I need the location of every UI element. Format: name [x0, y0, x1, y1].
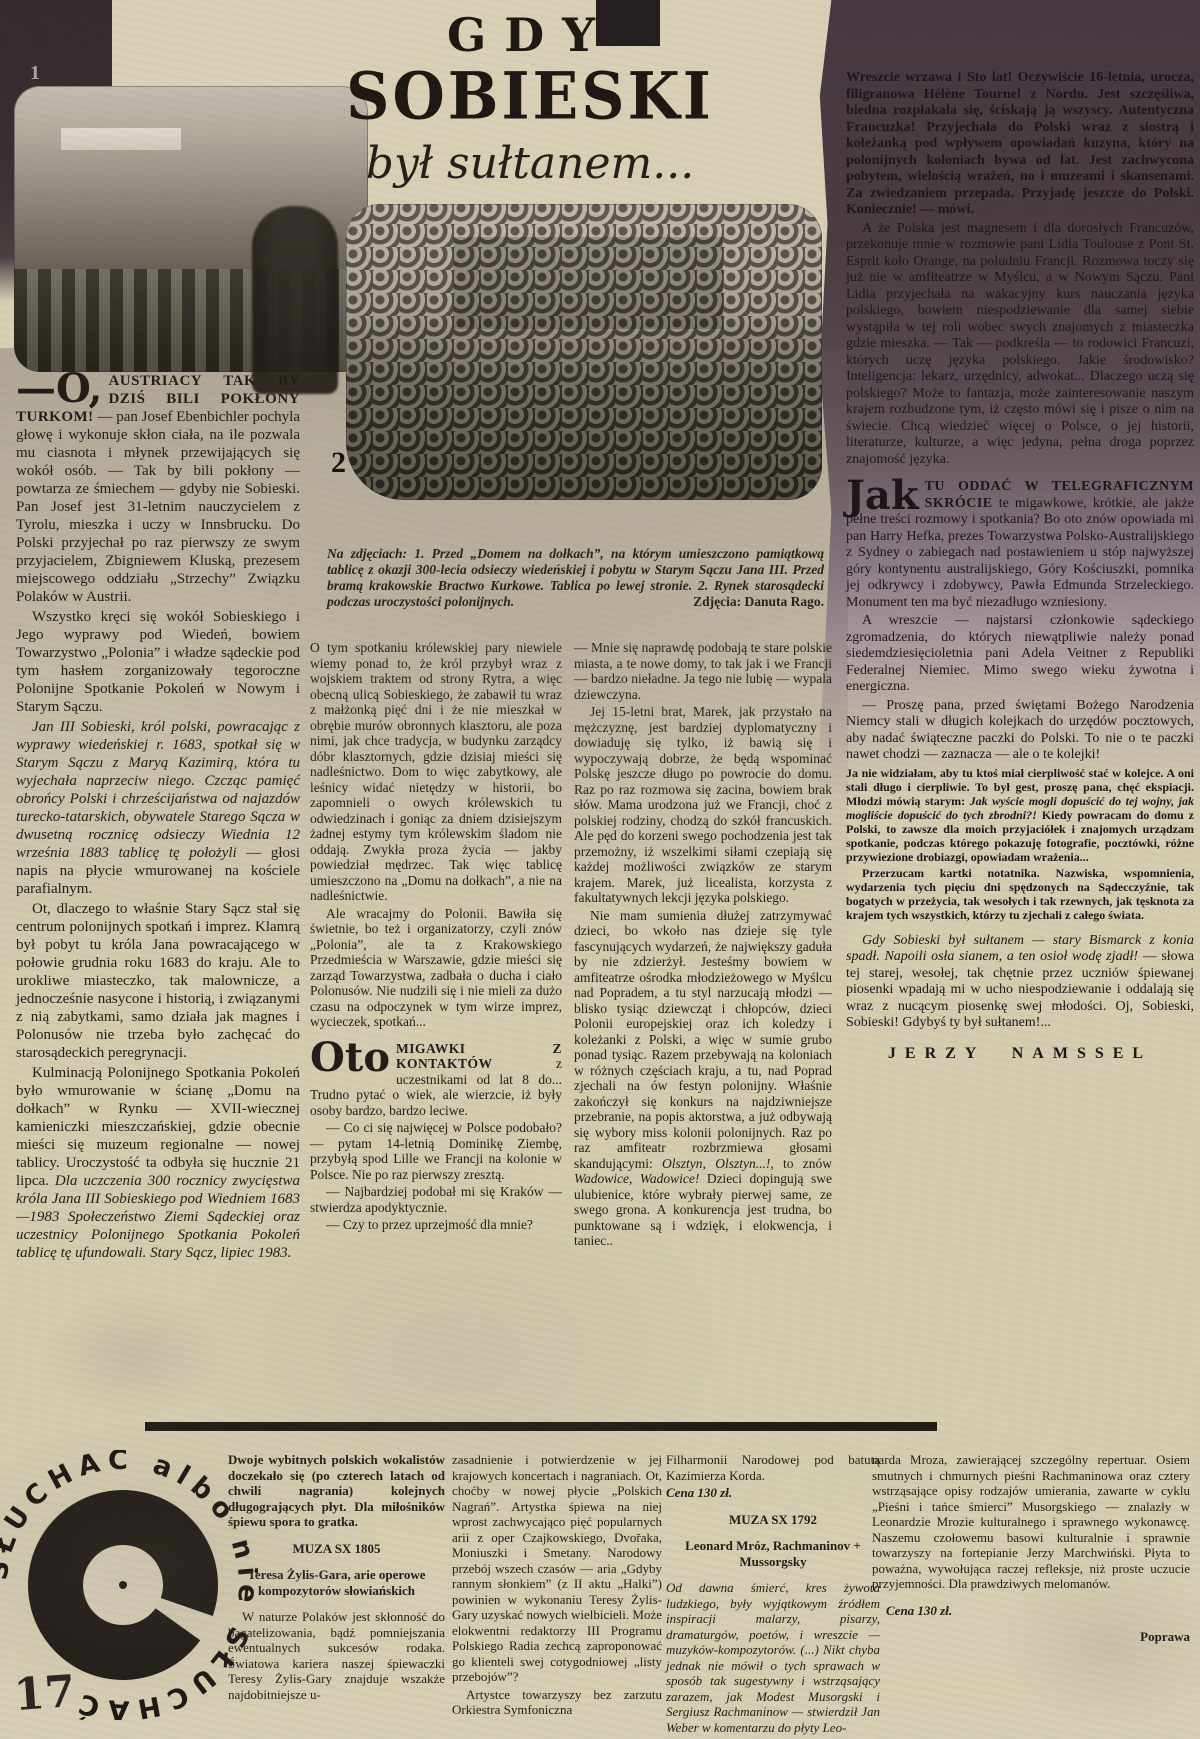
article-column-1: —O,AUSTRIACY TAK BY DZIŚ BILI POKŁONY TU…: [16, 372, 300, 1264]
paragraph-text: Wszystko kręci się wokół Sobieskiego i J…: [16, 609, 300, 715]
paragraph: Leonard Mróz, Rachmaninov + Mussorgsky: [666, 1538, 880, 1569]
photo-2-market-square-crowd: [346, 204, 822, 500]
paragraph-text: Filharmonii Narodowej pod batutą Kazimie…: [666, 1452, 880, 1483]
paragraph-lead-word: Jak: [846, 479, 925, 511]
photo-2-label: 2: [331, 446, 346, 480]
paragraph: Ot, dlaczego to właśnie Stary Sącz stał …: [16, 900, 300, 1062]
paragraph-text: Jan III Sobieski, król polski, powracają…: [16, 719, 300, 861]
paragraph-text: MUZA SX 1805: [292, 1541, 380, 1556]
article-column-2: O tym spotkaniu królewskiej pary niewiel…: [310, 640, 562, 1235]
paragraph: OtoMIGAWKI Z KONTAKTÓW z uczestnikami od…: [310, 1041, 562, 1119]
paragraph: Wszystko kręci się wokół Sobieskiego i J…: [16, 608, 300, 716]
paragraph: Artystce towarzyszy bez zarzutu Orkiestr…: [452, 1687, 662, 1718]
paragraph: Gdy Sobieski był sułtanem — stary Bismar…: [846, 933, 1194, 1032]
paragraph-text: W naturze Polaków jest skłonność do baga…: [228, 1609, 445, 1702]
paragraph: — Czy to przez uprzejmość dla mnie?: [310, 1217, 562, 1233]
paragraph: Jej 15-letni brat, Marek, jak przystało …: [574, 704, 832, 906]
paragraph-text: Nie mam sumienia dłużej zatrzymywać dzie…: [574, 908, 832, 1171]
paragraph: W naturze Polaków jest skłonność do baga…: [228, 1609, 445, 1702]
paragraph: zasadnienie i potwierdzenie w jej krajow…: [452, 1452, 662, 1685]
paragraph-text: , to znów: [770, 1156, 832, 1171]
paragraph: Cena 130 zł.: [666, 1485, 880, 1501]
article-title-line2: SOBIESKI: [330, 59, 730, 135]
paragraph-text: — Najbardziej podobał mi się Kraków — st…: [310, 1184, 562, 1215]
photo-1-label: 1: [30, 62, 40, 85]
article-title-line3: był sułtanem...: [350, 138, 710, 189]
paragraph: A że Polska jest magnesem i dla dorosłyc…: [846, 221, 1194, 469]
paragraph-text: Ot, dlaczego to właśnie Stary Sącz stał …: [16, 901, 300, 1061]
paragraph-lead-word: Oto: [310, 1041, 396, 1073]
paragraph: — Co ci się najwięcej w Polsce podobało?…: [310, 1120, 562, 1182]
photo-caption-block: Na zdjęciach: 1. Przed „Domem na dołkach…: [327, 546, 824, 610]
paragraph: narda Mroza, zawierającej szczególny rep…: [872, 1452, 1190, 1592]
paragraph-text: Przerzucam kartki notatnika. Nazwiska, w…: [846, 866, 1194, 922]
paragraph: Jan III Sobieski, król polski, powracają…: [16, 718, 300, 898]
paragraph: — Mnie się naprawdę podobają te stare po…: [574, 640, 832, 702]
paragraph-text: Teresa Żylis-Gara, arie operowe kompozyt…: [247, 1567, 425, 1598]
author-byline: JERZY NAMSSEL: [846, 1046, 1194, 1063]
paragraph: Nie mam sumienia dłużej zatrzymywać dzie…: [574, 908, 832, 1249]
paragraph: — Najbardziej podobał mi się Kraków — st…: [310, 1184, 562, 1215]
paragraph-text: O tym spotkaniu królewskiej pary niewiel…: [310, 640, 562, 903]
paragraph: Poprawa: [872, 1629, 1190, 1645]
paragraph-text: A wreszcie — najstarsi członkowie sądeck…: [846, 613, 1194, 694]
paragraph-text: Cena 130 zł.: [666, 1485, 732, 1500]
paragraph-text: Ale wracajmy do Polonii. Bawiła się świe…: [310, 906, 562, 1030]
records-column-c: Filharmonii Narodowej pod batutą Kazimie…: [666, 1452, 880, 1737]
records-column-a: Dwoje wybitnych polskich wokalistów docz…: [228, 1452, 445, 1704]
paragraph-text: Od dawna śmierć, kres żywota ludzkiego, …: [666, 1580, 880, 1735]
paragraph-text: — Czy to przez uprzejmość dla mnie?: [326, 1217, 533, 1232]
paragraph: —O,AUSTRIACY TAK BY DZIŚ BILI POKŁONY TU…: [16, 372, 300, 606]
paragraph-text: zasadnienie i potwierdzenie w jej krajow…: [452, 1452, 662, 1684]
paragraph: A wreszcie — najstarsi członkowie sądeck…: [846, 613, 1194, 696]
paragraph: — Proszę pana, przed świętami Bożego Nar…: [846, 698, 1194, 764]
newspaper-page: GDY SOBIESKI był sułtanem... 1 2 Na zdję…: [0, 0, 1200, 1739]
paragraph-text: Dla uczczenia 300 rocznicy zwycięstwa kr…: [16, 1173, 300, 1261]
paragraph-text: — Co ci się najwięcej w Polsce podobało?…: [310, 1120, 562, 1182]
paragraph: Przerzucam kartki notatnika. Nazwiska, w…: [846, 866, 1194, 922]
paragraph: Wreszcie wrzawa i Sto lat! Oczywiście 16…: [846, 70, 1194, 219]
paragraph: Teresa Żylis-Gara, arie operowe kompozyt…: [228, 1567, 445, 1598]
record-spindle-hole: [119, 1581, 127, 1589]
paragraph-text: te migawkowe, krótkie, ale jakże pełne t…: [846, 496, 1194, 610]
paragraph: Dwoje wybitnych polskich wokalistów docz…: [228, 1452, 445, 1530]
paragraph-text: Cena 130 zł.: [886, 1603, 952, 1618]
paragraph-text: Poprawa: [1140, 1629, 1190, 1644]
paper-smudge: [40, 1290, 230, 1420]
paragraph-text: Leonard Mróz, Rachmaninov + Mussorgsky: [685, 1538, 861, 1569]
paragraph: Ja nie widziałam, aby tu ktoś miał cierp…: [846, 766, 1194, 864]
paragraph: Ale wracajmy do Polonii. Bawiła się świe…: [310, 906, 562, 1030]
paragraph-text: Artystce towarzyszy bez zarzutu Orkiestr…: [452, 1687, 662, 1718]
paragraph-text: Wreszcie wrzawa i Sto lat! Oczywiście 16…: [846, 70, 1194, 217]
section-divider-rule: [145, 1422, 937, 1431]
paragraph-text: — pan Josef Ebenbichler pochyla głowę i …: [16, 409, 300, 605]
paragraph-lead-word: —O,: [16, 372, 108, 404]
page-number: 17: [12, 1666, 77, 1721]
paragraph-text: Dwoje wybitnych polskich wokalistów docz…: [228, 1452, 445, 1529]
photo-figure-silhouette: [252, 206, 338, 394]
paragraph-text: MUZA SX 1792: [729, 1512, 817, 1527]
article-column-3: — Mnie się naprawdę podobają te stare po…: [574, 640, 832, 1251]
paragraph-text: — Mnie się naprawdę podobają te stare po…: [574, 640, 832, 702]
paragraph-text: narda Mroza, zawierającej szczególny rep…: [872, 1452, 1190, 1591]
paragraph-text: — Proszę pana, przed świętami Bożego Nar…: [846, 698, 1194, 763]
paragraph: Cena 130 zł.: [872, 1603, 1190, 1619]
paragraph: Od dawna śmierć, kres żywota ludzkiego, …: [666, 1580, 880, 1735]
paragraph: MUZA SX 1792: [666, 1512, 880, 1528]
paragraph-text: Wadowice, Wadowice!: [574, 1171, 699, 1186]
paragraph-text: Kulminacją Polonijnego Spotkania Pokoleń…: [16, 1065, 300, 1189]
article-title-line1: GDY: [360, 8, 700, 62]
records-column-b: zasadnienie i potwierdzenie w jej krajow…: [452, 1452, 662, 1720]
paragraph: Kulminacją Polonijnego Spotkania Pokoleń…: [16, 1064, 300, 1262]
records-column-d: narda Mroza, zawierającej szczególny rep…: [872, 1452, 1190, 1647]
paragraph: Filharmonii Narodowej pod batutą Kazimie…: [666, 1452, 880, 1483]
paragraph-text: Jej 15-letni brat, Marek, jak przystało …: [574, 704, 832, 905]
article-column-4: Wreszcie wrzawa i Sto lat! Oczywiście 16…: [846, 70, 1194, 1062]
article-column-4-text: Wreszcie wrzawa i Sto lat! Oczywiście 16…: [846, 70, 1194, 1032]
paragraph: MUZA SX 1805: [228, 1541, 445, 1557]
paragraph-text: A że Polska jest magnesem i dla dorosłyc…: [846, 221, 1194, 467]
paragraph: JakTU ODDAĆ W TELEGRAFICZNYM SKRÓCIE te …: [846, 479, 1194, 611]
paragraph-text: Olsztyn, Olsztyn...!: [662, 1156, 770, 1171]
paragraph: O tym spotkaniu królewskiej pary niewiel…: [310, 640, 562, 904]
